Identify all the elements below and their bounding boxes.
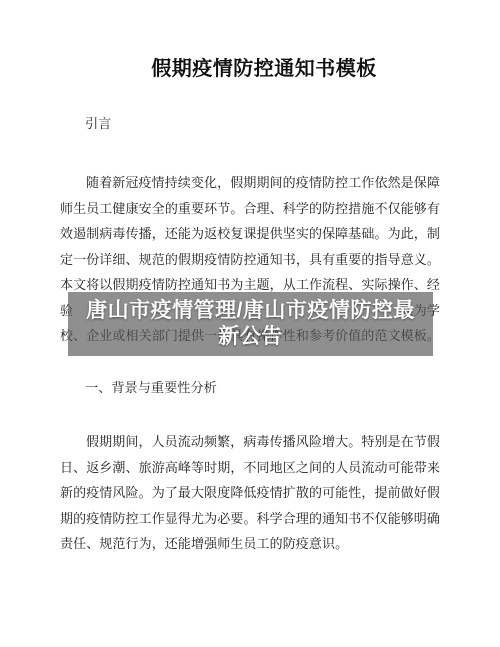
paragraph-line: 日、返乡潮、旅游高峰等时期，不同地区之间的人员流动可能带来 [60,455,440,481]
intro-heading: 引言 [60,113,440,134]
paragraph-line: 责任、规范行为，还能增强师生员工的防疫意识。 [60,531,440,557]
section-heading: 一、背景与重要性分析 [60,377,440,398]
paragraph-line: 定一份详细、规范的假期疫情防控通知书，具有重要的指导意义。 [60,247,440,273]
document-page: 假期疫情防控通知书模板 引言 随着新冠疫情持续变化，假期期间的疫情防控工作依然是… [0,0,500,647]
watermark-text-line2: 新公告 [218,324,283,350]
watermark-overlay: 唐山市疫情管理/唐山市疫情防控最 新公告 [68,292,433,356]
paragraph-line: 期的疫情防控工作显得尤为必要。科学合理的通知书不仅能够明确 [60,506,440,532]
paragraph-line: 假期期间，人员流动频繁，病毒传播风险增大。特别是在节假 [60,429,440,455]
paragraph-line: 效遏制病毒传播，还能为返校复课提供坚实的保障基础。为此，制 [60,221,440,247]
paragraph-line: 随着新冠疫情持续变化，假期期间的疫情防控工作依然是保障 [60,170,440,196]
document-title: 假期疫情防控通知书模板 [74,56,454,83]
paragraph-line: 师生员工健康安全的重要环节。合理、科学的防控措施不仅能够有 [60,196,440,222]
paragraph-line: 新的疫情风险。为了最大限度降低疫情扩散的可能性，提前做好假 [60,480,440,506]
watermark-text-line1: 唐山市疫情管理/唐山市疫情防控最 [86,298,415,324]
body-paragraph: 假期期间，人员流动频繁，病毒传播风险增大。特别是在节假 日、返乡潮、旅游高峰等时… [60,429,440,557]
